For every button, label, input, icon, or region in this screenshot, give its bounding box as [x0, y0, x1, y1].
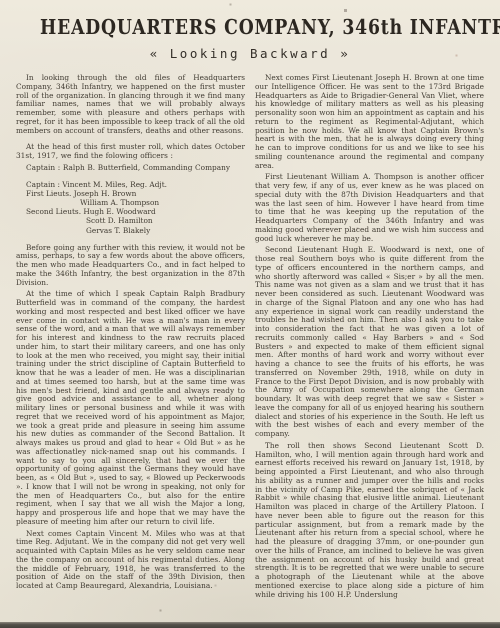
- paragraph-muster-roll: At the head of this first muster roll, w…: [16, 143, 245, 161]
- left-column: In looking through the old files of Head…: [16, 74, 245, 602]
- paragraph-butterfield: At the time of which I speak Captain Ral…: [16, 290, 245, 526]
- paragraph-woodward: Second Lieutenant Hugh E. Woodward is ne…: [255, 246, 484, 439]
- roster-line-blakely: Gervas T. Blakely: [16, 226, 245, 235]
- paragraph-miles: Next comes Captain Vincent M. Miles who …: [16, 530, 245, 591]
- paragraph-brown: Next comes First Lieutenant Joseph H. Br…: [255, 74, 484, 170]
- paragraph-hamilton: The roll then shows Second Lieutenant Sc…: [255, 442, 484, 600]
- right-column: Next comes First Lieutenant Joseph H. Br…: [255, 74, 484, 602]
- page-header: HEADQUARTERS COMPANY, 346th INFANTRY « L…: [0, 0, 500, 61]
- paragraph-commanding-captain: Captain : Ralph B. Butterfield, Commandi…: [16, 164, 245, 173]
- scanned-page: HEADQUARTERS COMPANY, 346th INFANTRY « L…: [0, 0, 500, 628]
- roster-line-woodward: Second Lieuts. Hugh E. Woodward: [16, 207, 245, 216]
- scan-edge: [0, 622, 500, 628]
- roster-line-miles: Captain : Vincent M. Miles, Reg. Adjt.: [16, 180, 245, 189]
- page-subtitle: « Looking Backward »: [0, 46, 500, 61]
- paper-specks: [0, 0, 1, 1]
- paragraph-thompson: First Lieutenant William A. Thompson is …: [255, 173, 484, 243]
- roster-line-thompson: William A. Thompson: [16, 198, 245, 207]
- officer-roster: Captain : Vincent M. Miles, Reg. Adjt. F…: [16, 180, 245, 235]
- paragraph-intro: In looking through the old files of Head…: [16, 74, 245, 135]
- roster-line-hamilton: Scott D. Hamilton: [16, 216, 245, 225]
- text-columns: In looking through the old files of Head…: [0, 61, 500, 602]
- paragraph-before-review: Before going any further with this revie…: [16, 244, 245, 288]
- roster-line-brown: First Lieuts. Joseph H. Brown: [16, 189, 245, 198]
- page-title: HEADQUARTERS COMPANY, 346th INFANTRY: [40, 15, 460, 39]
